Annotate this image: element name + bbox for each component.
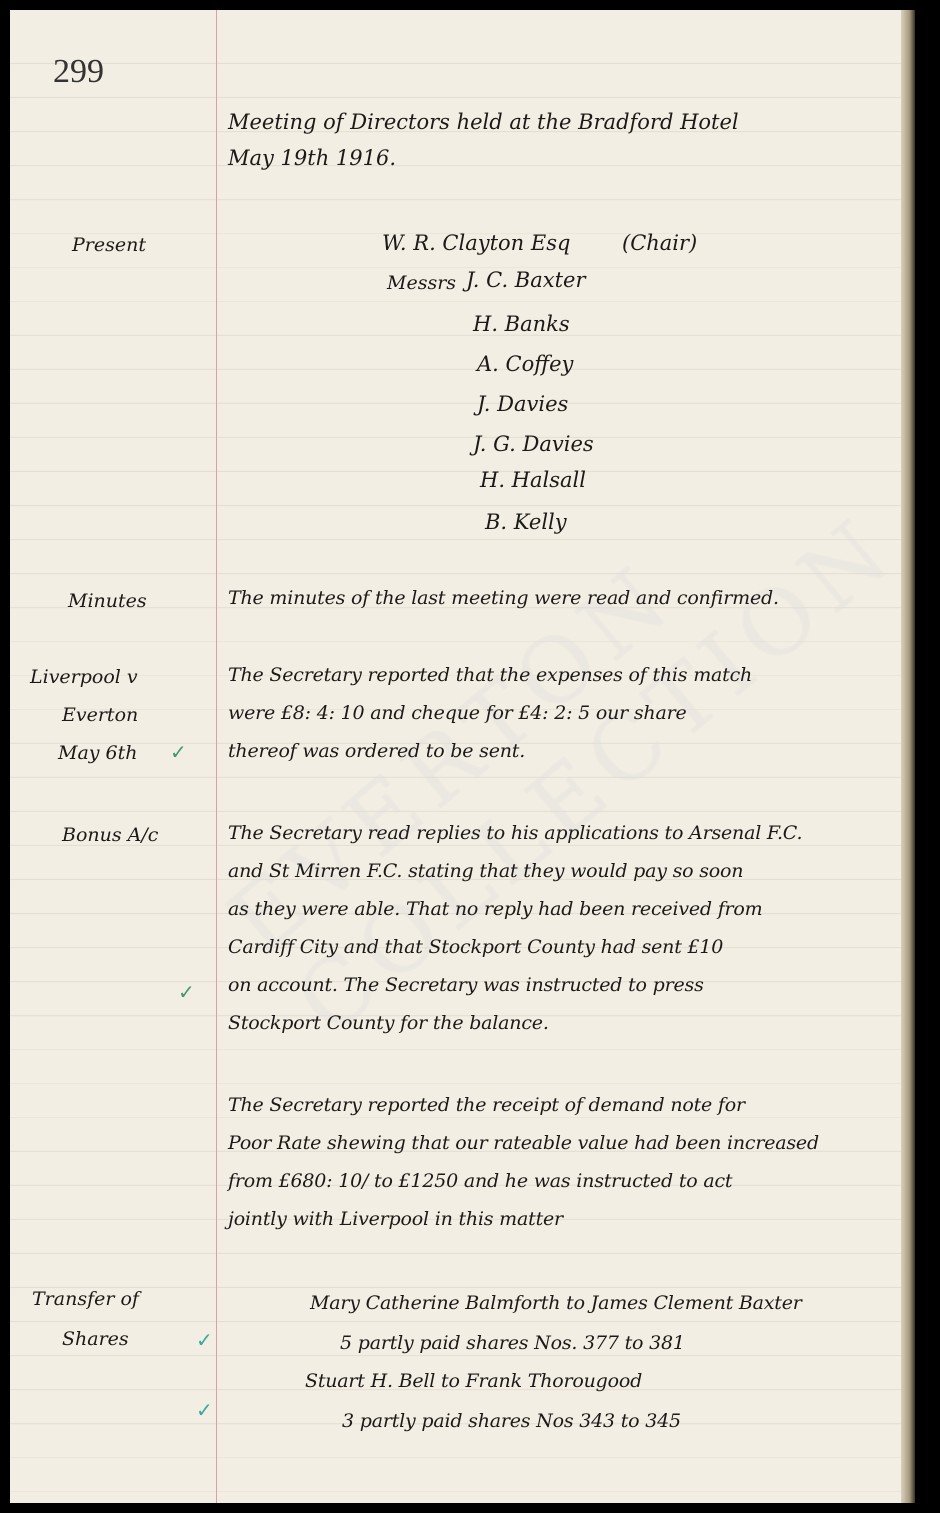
ledger-page: EVERTON COLLECTION 299 Meeting of Direct… xyxy=(10,10,915,1503)
margin-rule xyxy=(216,10,217,1503)
match-label: Liverpool v xyxy=(30,666,138,688)
match-label: Everton xyxy=(62,704,138,726)
chair-role: (Chair) xyxy=(622,231,697,255)
member-name: J. C. Baxter xyxy=(466,268,586,292)
match-label: May 6th xyxy=(58,742,138,764)
bonus-text-line: on account. The Secretary was instructed… xyxy=(228,974,704,996)
match-text-line: The Secretary reported that the expenses… xyxy=(228,664,752,686)
transfer-text-line: 5 partly paid shares Nos. 377 to 381 xyxy=(340,1332,685,1354)
member-name: A. Coffey xyxy=(477,352,573,376)
check-mark-icon: ✓ xyxy=(178,980,195,1004)
transfer-text-line: Stuart H. Bell to Frank Thorougood xyxy=(305,1370,642,1392)
minutes-text: The minutes of the last meeting were rea… xyxy=(228,587,779,609)
poor-rate-text-line: Poor Rate shewing that our rateable valu… xyxy=(228,1132,819,1154)
bonus-text-line: Stockport County for the balance. xyxy=(228,1012,549,1034)
bonus-text-line: The Secretary read replies to his applic… xyxy=(228,822,802,844)
present-label: Present xyxy=(72,234,146,256)
poor-rate-text-line: The Secretary reported the receipt of de… xyxy=(228,1094,745,1116)
member-name: H. Banks xyxy=(473,312,570,336)
bonus-text-line: as they were able. That no reply had bee… xyxy=(228,898,762,920)
check-mark-icon: ✓ xyxy=(170,740,187,764)
meeting-date: May 19th 1916. xyxy=(228,146,396,170)
bonus-text-line: Cardiff City and that Stockport County h… xyxy=(228,936,723,958)
transfer-text-line: Mary Catherine Balmforth to James Clemen… xyxy=(310,1292,802,1314)
bonus-label: Bonus A/c xyxy=(62,824,158,846)
transfer-text-line: 3 partly paid shares Nos 343 to 345 xyxy=(342,1410,681,1432)
member-name: B. Kelly xyxy=(485,510,567,534)
page-number: 299 xyxy=(53,53,104,91)
match-text-line: were £8: 4: 10 and cheque for £4: 2: 5 o… xyxy=(228,702,687,724)
poor-rate-text-line: jointly with Liverpool in this matter xyxy=(228,1208,563,1230)
member-name: J. Davies xyxy=(477,392,568,416)
check-mark-icon: ✓ xyxy=(196,1398,213,1422)
chair-name: W. R. Clayton Esq xyxy=(382,231,570,255)
transfer-label: Transfer of xyxy=(32,1288,139,1310)
match-text-line: thereof was ordered to be sent. xyxy=(228,740,525,762)
messrs-label: Messrs xyxy=(387,272,456,294)
member-name: H. Halsall xyxy=(480,468,586,492)
meeting-heading: Meeting of Directors held at the Bradfor… xyxy=(228,110,739,134)
member-name: J. G. Davies xyxy=(473,432,594,456)
check-mark-icon: ✓ xyxy=(196,1328,213,1352)
bonus-text-line: and St Mirren F.C. stating that they wou… xyxy=(228,860,743,882)
transfer-label: Shares xyxy=(62,1328,129,1350)
poor-rate-text-line: from £680: 10/ to £1250 and he was instr… xyxy=(228,1170,732,1192)
minutes-label: Minutes xyxy=(68,590,147,612)
book-spine xyxy=(901,10,915,1503)
